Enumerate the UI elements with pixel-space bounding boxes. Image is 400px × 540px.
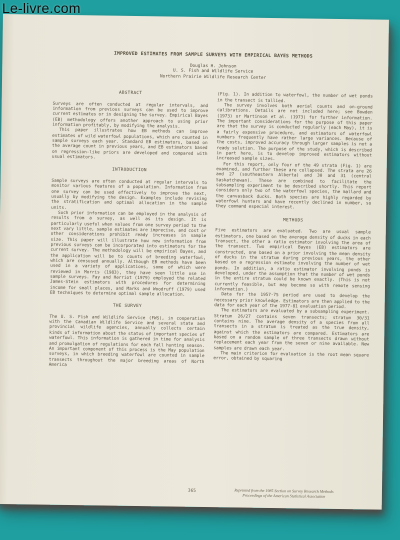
author-block: Douglas H. Johnson U. S. Fish and Wildli… xyxy=(53,62,373,83)
paper-page: IMPROVED ESTIMATES FROM SAMPLE SURVEYS W… xyxy=(0,14,389,510)
paragraph: Five estimators are evaluated. Two are u… xyxy=(214,228,370,294)
section-heading-abstract: ABSTRACT xyxy=(53,90,209,98)
paragraph: The survey involves both aerial counts a… xyxy=(216,103,372,164)
section-heading-methods: METHODS xyxy=(215,217,371,225)
section-heading-the-survey: THE SURVEY xyxy=(50,303,206,311)
bookseller-watermark: Le-livre.com xyxy=(2,0,81,16)
paragraph: This paper illustrates how EB methods ca… xyxy=(52,128,208,162)
paper-title: IMPROVED ESTIMATES FROM SAMPLE SURVEYS W… xyxy=(53,51,373,62)
paragraph: The main criterion for evaluation is the… xyxy=(213,351,369,364)
left-column: ABSTRACT Surveys are often conducted at … xyxy=(49,90,209,370)
page-content: IMPROVED ESTIMATES FROM SAMPLE SURVEYS W… xyxy=(0,14,389,510)
paragraph: The U. S. Fish and Wildlife Service (FWS… xyxy=(49,315,205,371)
paragraph: Such prior information can be employed i… xyxy=(50,211,207,299)
section-heading-introduction: INTRODUCTION xyxy=(52,167,208,175)
right-column: (Fig. 1). In addition to waterfowl, the … xyxy=(213,92,373,372)
paragraph: The estimators are evaluated by a subsam… xyxy=(214,309,370,354)
paragraph: For this report, only four of the 49 str… xyxy=(216,162,372,212)
paragraph: Surveys are often conducted at regular i… xyxy=(52,101,208,130)
two-column-body: ABSTRACT Surveys are often conducted at … xyxy=(49,90,373,373)
page-number: 365 xyxy=(188,489,196,494)
paragraph: Sample surveys are often conducted at re… xyxy=(51,179,207,213)
